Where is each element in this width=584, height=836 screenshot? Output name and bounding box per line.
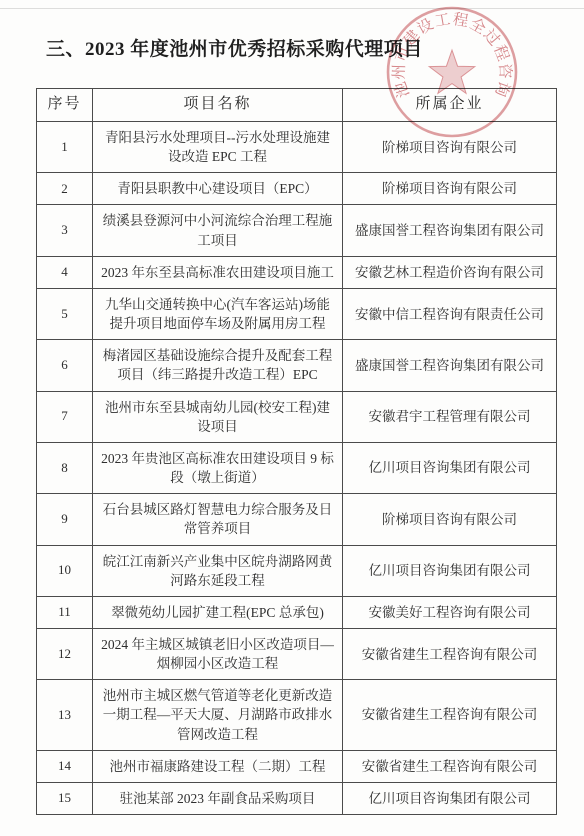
cell-project: 驻池某部 2023 年副食品采购项目 xyxy=(93,782,343,814)
cell-no: 8 xyxy=(37,442,93,493)
cell-project: 青阳县职教中心建设项目（EPC） xyxy=(93,173,343,205)
cell-company: 安徽省建生工程咨询有限公司 xyxy=(343,750,557,782)
table-row: 8 2023 年贵池区高标准农田建设项目 9 标段（墩上街道） 亿川项目咨询集团… xyxy=(37,442,557,493)
cell-project: 池州市福康路建设工程（二期）工程 xyxy=(93,750,343,782)
table-row: 9 石台县城区路灯智慧电力综合服务及日常管养项目 阶梯项目咨询有限公司 xyxy=(37,494,557,545)
cell-company: 亿川项目咨询集团有限公司 xyxy=(343,782,557,814)
seal-star-icon xyxy=(429,50,475,93)
table-row: 11 翠微苑幼儿园扩建工程(EPC 总承包) 安徽美好工程咨询有限公司 xyxy=(37,596,557,628)
cell-project: 皖江江南新兴产业集中区皖舟湖路网黄河路东延段工程 xyxy=(93,545,343,596)
cell-no: 15 xyxy=(37,782,93,814)
scan-artifact-line xyxy=(0,8,584,9)
cell-no: 9 xyxy=(37,494,93,545)
cell-company: 阶梯项目咨询有限公司 xyxy=(343,494,557,545)
table-row: 5 九华山交通转换中心(汽车客运站)场能提升项目地面停车场及附属用房工程 安徽中… xyxy=(37,288,557,339)
cell-company: 盛康国誉工程咨询集团有限公司 xyxy=(343,205,557,256)
cell-project: 池州市东至县城南幼儿园(校安工程)建设项目 xyxy=(93,391,343,442)
header-cell-no: 序号 xyxy=(37,89,93,122)
cell-project: 梅渚园区基础设施综合提升及配套工程项目（纬三路提升改造工程）EPC xyxy=(93,340,343,391)
awards-table: 序号 项目名称 所属企业 1 青阳县污水处理项目--污水处理设施建设改造 EPC… xyxy=(36,88,557,815)
cell-no: 14 xyxy=(37,750,93,782)
table-row: 2 青阳县职教中心建设项目（EPC） 阶梯项目咨询有限公司 xyxy=(37,173,557,205)
cell-no: 13 xyxy=(37,680,93,750)
cell-company: 安徽艺林工程造价咨询有限公司 xyxy=(343,256,557,288)
cell-project: 九华山交通转换中心(汽车客运站)场能提升项目地面停车场及附属用房工程 xyxy=(93,288,343,339)
cell-no: 1 xyxy=(37,122,93,173)
cell-no: 7 xyxy=(37,391,93,442)
cell-company: 安徽中信工程咨询有限责任公司 xyxy=(343,288,557,339)
header-cell-project: 项目名称 xyxy=(93,89,343,122)
cell-project: 2023 年东至县高标准农田建设项目施工 xyxy=(93,256,343,288)
table-row: 12 2024 年主城区城镇老旧小区改造项目—烟柳园小区改造工程 安徽省建生工程… xyxy=(37,628,557,679)
cell-no: 11 xyxy=(37,596,93,628)
page-title: 三、2023 年度池州市优秀招标采购代理项目 xyxy=(46,34,423,61)
table-row: 1 青阳县污水处理项目--污水处理设施建设改造 EPC 工程 阶梯项目咨询有限公… xyxy=(37,122,557,173)
table-row: 14 池州市福康路建设工程（二期）工程 安徽省建生工程咨询有限公司 xyxy=(37,750,557,782)
table-row: 6 梅渚园区基础设施综合提升及配套工程项目（纬三路提升改造工程）EPC 盛康国誉… xyxy=(37,340,557,391)
table-row: 3 绩溪县登源河中小河流综合治理工程施工项目 盛康国誉工程咨询集团有限公司 xyxy=(37,205,557,256)
cell-no: 4 xyxy=(37,256,93,288)
cell-company: 亿川项目咨询集团有限公司 xyxy=(343,545,557,596)
cell-no: 3 xyxy=(37,205,93,256)
cell-company: 阶梯项目咨询有限公司 xyxy=(343,122,557,173)
cell-company: 安徽美好工程咨询有限公司 xyxy=(343,596,557,628)
cell-no: 10 xyxy=(37,545,93,596)
table-row: 7 池州市东至县城南幼儿园(校安工程)建设项目 安徽君宇工程管理有限公司 xyxy=(37,391,557,442)
cell-project: 2024 年主城区城镇老旧小区改造项目—烟柳园小区改造工程 xyxy=(93,628,343,679)
cell-company: 阶梯项目咨询有限公司 xyxy=(343,173,557,205)
cell-no: 5 xyxy=(37,288,93,339)
cell-no: 2 xyxy=(37,173,93,205)
cell-project: 青阳县污水处理项目--污水处理设施建设改造 EPC 工程 xyxy=(93,122,343,173)
cell-project: 2023 年贵池区高标准农田建设项目 9 标段（墩上街道） xyxy=(93,442,343,493)
cell-project: 绩溪县登源河中小河流综合治理工程施工项目 xyxy=(93,205,343,256)
table-row: 15 驻池某部 2023 年副食品采购项目 亿川项目咨询集团有限公司 xyxy=(37,782,557,814)
cell-company: 盛康国誉工程咨询集团有限公司 xyxy=(343,340,557,391)
cell-project: 石台县城区路灯智慧电力综合服务及日常管养项目 xyxy=(93,494,343,545)
table-header-row: 序号 项目名称 所属企业 xyxy=(37,89,557,122)
table-row: 13 池州市主城区燃气管道等老化更新改造一期工程—平天大厦、月湖路市政排水管网改… xyxy=(37,680,557,750)
table-row: 4 2023 年东至县高标准农田建设项目施工 安徽艺林工程造价咨询有限公司 xyxy=(37,256,557,288)
cell-company: 安徽省建生工程咨询有限公司 xyxy=(343,680,557,750)
cell-project: 翠微苑幼儿园扩建工程(EPC 总承包) xyxy=(93,596,343,628)
cell-company: 亿川项目咨询集团有限公司 xyxy=(343,442,557,493)
cell-company: 安徽省建生工程咨询有限公司 xyxy=(343,628,557,679)
cell-no: 12 xyxy=(37,628,93,679)
cell-project: 池州市主城区燃气管道等老化更新改造一期工程—平天大厦、月湖路市政排水管网改造工程 xyxy=(93,680,343,750)
header-cell-company: 所属企业 xyxy=(343,89,557,122)
cell-no: 6 xyxy=(37,340,93,391)
cell-company: 安徽君宇工程管理有限公司 xyxy=(343,391,557,442)
table-row: 10 皖江江南新兴产业集中区皖舟湖路网黄河路东延段工程 亿川项目咨询集团有限公司 xyxy=(37,545,557,596)
